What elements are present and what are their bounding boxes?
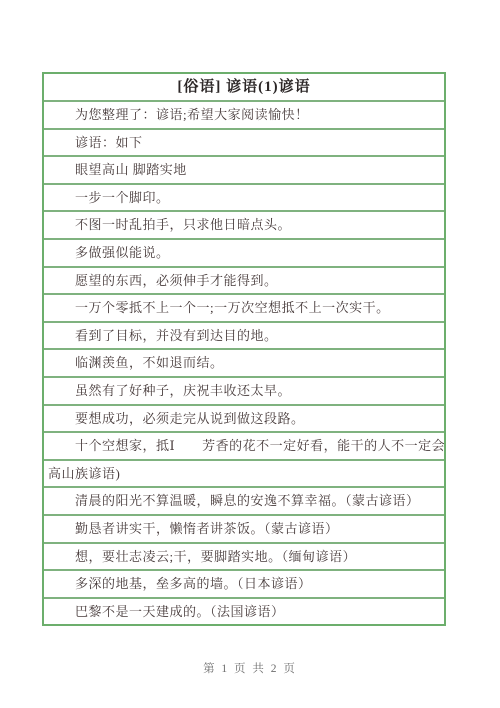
table-row: 谚语：如下 [44,128,444,156]
page-number: 第 1 页 共 2 页 [0,660,500,676]
table-row: 眼望高山 脚踏实地 [44,155,444,183]
document-page: [俗语] 谚语(1)谚语 为您整理了：谚语;希望大家阅读愉快！ 谚语：如下 眼望… [0,0,500,708]
table-row: 一万个零抵不上一个一;一万次空想抵不上一次实干。 [44,293,444,321]
table-row: 清晨的阳光不算温暖，瞬息的安逸不算幸福。（蒙古谚语） [44,486,444,514]
table-row: 不图一时乱拍手，只求他日暗点头。 [44,210,444,238]
table-row: 看到了目标，并没有到达目的地。 [44,321,444,349]
table-row: 愿望的东西，必须伸手才能得到。 [44,266,444,294]
table-row: 临渊羡鱼，不如退而结。 [44,348,444,376]
table-row: 巴黎不是一天建成的。（法国谚语） [44,597,444,625]
table-row: 多做强似能说。 [44,238,444,266]
table-row: 虽然有了好种子，庆祝丰收还太早。 [44,376,444,404]
proverb-table: [俗语] 谚语(1)谚语 为您整理了：谚语;希望大家阅读愉快！ 谚语：如下 眼望… [42,72,446,626]
table-title: [俗语] 谚语(1)谚语 [44,74,444,100]
table-row: 十个空想家，抵Ⅰ 芳香的花不一定好看，能干的人不一定会说。（ [44,431,444,459]
table-row-continuation: 高山族谚语) [44,459,444,487]
table-row: 多深的地基，垒多高的墙。（日本谚语） [44,569,444,597]
table-row: 想，要壮志凌云;干，要脚踏实地。（缅甸谚语） [44,542,444,570]
table-row: 为您整理了：谚语;希望大家阅读愉快！ [44,100,444,128]
table-row: 一步一个脚印。 [44,183,444,211]
table-row: 勤恳者讲实干，懒惰者讲茶饭。（蒙古谚语） [44,514,444,542]
table-row: 要想成功，必须走完从说到做这段路。 [44,404,444,432]
